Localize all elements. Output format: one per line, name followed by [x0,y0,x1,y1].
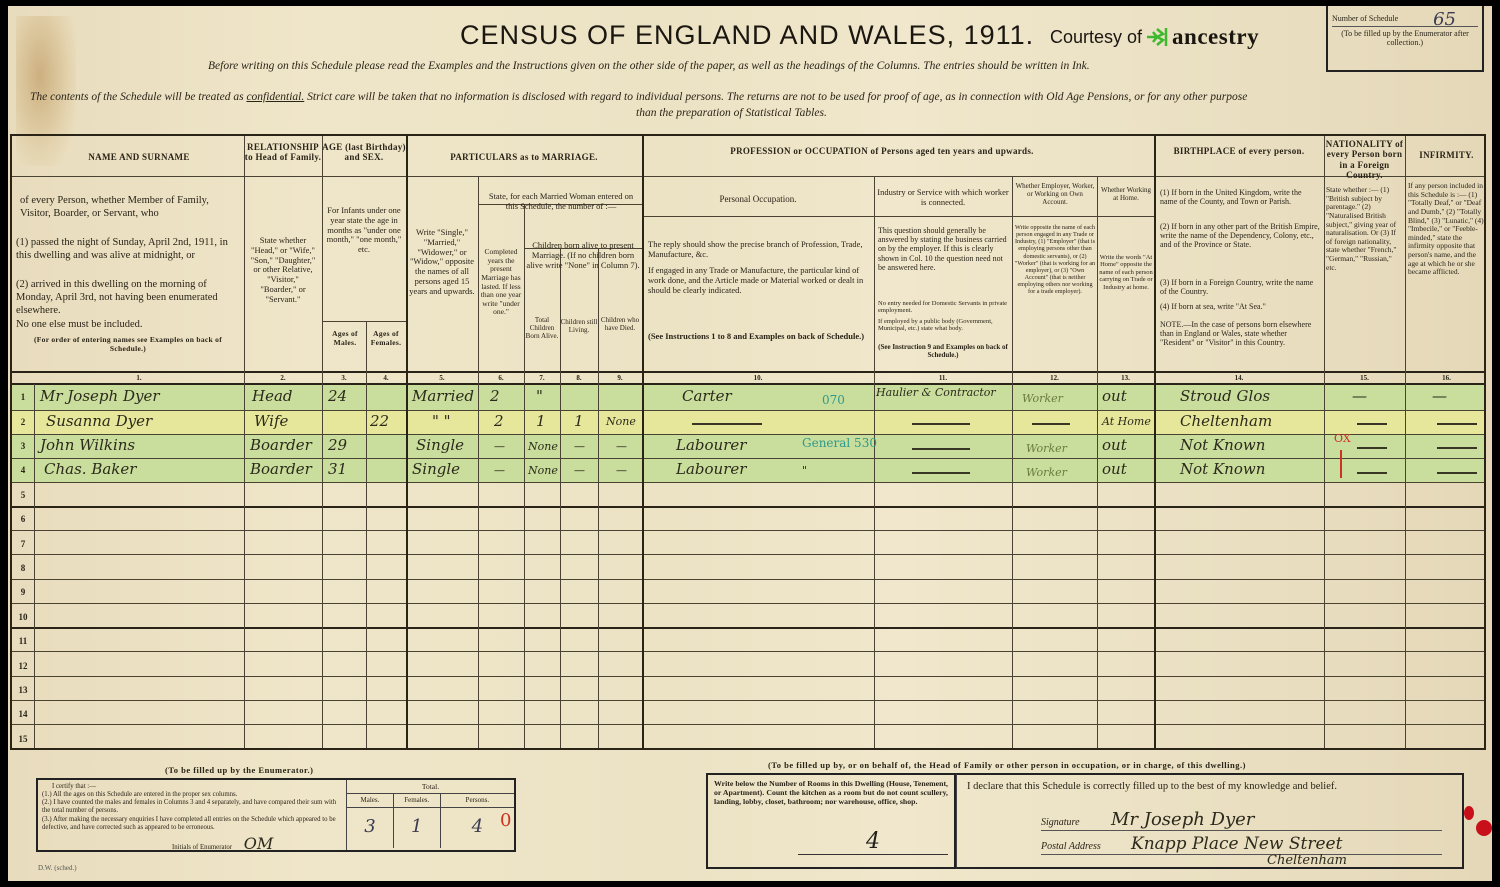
col-header-infirmity: INFIRMITY. [1405,150,1488,160]
row-line [12,603,1484,604]
schedule-number-label: Number of Schedule [1332,14,1478,23]
col-header-marriage: PARTICULARS as to MARRIAGE. [406,152,642,162]
col-line [1405,136,1406,748]
confidential-line: The contents of the Schedule will be tre… [30,91,1247,103]
enumerator-certificate-box: I certify that :— (1.) All the ages on t… [36,778,516,852]
cell-nationality: — [1352,387,1367,405]
row-number: 11 [12,636,34,646]
col-num-13: 13. [1097,374,1154,382]
children-died-label: Children who have Died. [598,316,642,332]
industry-desc-2: No entry needed for Domestic Servants in… [878,300,1008,315]
red-seal-mark [1476,820,1492,836]
cell-name: Mr Joseph Dyer [40,387,160,405]
cell-infirmity: — [1432,387,1447,405]
cell-occupation: Carter [682,387,732,405]
cell-children-living: 1 [574,412,584,430]
row-line [12,651,1484,652]
certify-item-2: (2.) I have counted the males and female… [42,799,342,815]
certify-item-1: (1.) All the ages on this Schedule are e… [42,791,342,799]
home-label: Whether Working at Home. [1098,186,1154,202]
cell-infirmity-dash [1437,423,1477,425]
row-line [12,434,1484,435]
birthplace-desc-5: NOTE.—In the case of persons born elsewh… [1160,320,1320,348]
cell-working-home: out [1102,436,1127,454]
row-number: 8 [12,563,34,573]
row-line [12,482,1484,483]
cell-working-home: out [1102,460,1127,478]
cell-nationality-dash [1357,472,1387,474]
row-number: 13 [12,685,34,695]
address-value-2: Cheltenham [1267,853,1347,868]
row-line [12,554,1484,555]
marriage-state-desc: State, for each Married Woman entered on… [482,192,640,212]
col-header-age: AGE (last Birthday) and SEX. [322,142,406,163]
enumerator-certify-text: I certify that :— (1.) All the ages on t… [42,783,342,853]
col-line [1324,136,1325,748]
age-desc: For Infants under one year state the age… [324,206,404,255]
row-line [12,676,1484,677]
personal-occupation-desc-3: (See Instructions 1 to 8 and Examples on… [648,332,870,342]
cell-industry-dash [912,472,970,474]
cell-name: Susanna Dyer [46,412,152,430]
row-line [12,410,1484,411]
cell-condition: Single [412,460,460,478]
col-num-7: 7. [524,374,560,382]
employer-desc: Write opposite the name of each person e… [1014,224,1096,295]
col-line [1154,136,1156,748]
rooms-instruction: Write below the Number of Rooms in this … [708,775,954,807]
col-line [874,176,875,748]
cell-industry-dash [912,448,970,450]
cell-employer: Worker [1026,442,1067,455]
cell-birthplace: Not Known [1180,460,1265,478]
address-label: Postal Address [1041,841,1101,852]
address-line: Postal Address Knapp Place New Street [1041,837,1442,855]
row-number: 1 [12,392,34,402]
enumerator-initials: OM [244,834,274,853]
cell-birthplace: Cheltenham [1180,412,1272,430]
cell-infirmity-dash [1437,472,1477,474]
cell-nationality-dash [1357,423,1387,425]
col-line [322,136,323,748]
initials-row: Initials of Enumerator OM [42,834,342,853]
birthplace-desc-2: (2) If born in any other part of the Bri… [1160,222,1320,250]
cell-age-male: 24 [328,387,347,405]
relationship-desc: State whether "Head," or "Wife," "Son," … [248,236,318,304]
col-num-12: 12. [1012,374,1097,382]
ancestry-leaf-icon [1145,26,1169,48]
cell-industry-dash [912,423,970,425]
cell-children-living: — [574,440,585,453]
cell-age-male: 31 [328,460,347,478]
cell-employer: Worker [1022,392,1063,405]
schedule-number-box: Number of Schedule 65 (To be filled up b… [1326,6,1484,72]
name-desc-1: of every Person, whether Member of Famil… [20,194,240,220]
row-number: 14 [12,709,34,719]
cell-relationship: Wife [254,412,288,430]
age-females-label: Ages of Females. [366,330,406,347]
marriage-children-desc: Children born alive to present Marriage.… [526,241,640,270]
col-num-11: 11. [874,374,1012,382]
col-num-15: 15. [1324,374,1405,382]
signature-line: Signature Mr Joseph Dyer [1041,809,1442,831]
nationality-desc: State whether :— (1) "British subject by… [1326,186,1404,272]
confidential-line-2: than the preparation of Statistical Tabl… [636,107,827,119]
page-title: CENSUS OF ENGLAND AND WALES, 1911. [460,20,1034,51]
col-num-14: 14. [1154,374,1324,382]
col-num-1: 1. [34,374,244,382]
col-num-4: 4. [366,374,406,382]
marriage-years-desc: Completed years the present Marriage has… [478,248,524,317]
cell-years-married: 2 [494,412,504,430]
courtesy-attribution: Courtesy of ancestry [1050,24,1259,50]
industry-label: Industry or Service with which worker is… [876,188,1010,208]
cell-working-home: out [1102,387,1127,405]
header-divider [12,176,1484,177]
occupier-heading: (To be filled up by, or on behalf of, th… [768,760,1246,770]
industry-desc-4: (See Instruction 9 and Examples on back … [878,343,1008,359]
cell-birthplace: Not Known [1180,436,1265,454]
ancestry-logo: ancestry [1172,24,1259,50]
cell-employer: Worker [1026,466,1067,479]
row-line [12,700,1484,701]
col-line [366,321,367,748]
cell-condition: " " [432,412,451,430]
row-number: 5 [12,490,34,500]
personal-occupation-desc-1: The reply should show the precise branch… [648,240,870,260]
row-line [12,627,1484,629]
birthplace-desc-4: (4) If born at sea, write "At Sea." [1160,302,1320,311]
red-annotation-ox: OX [1334,432,1351,445]
infirmity-desc: If any person included in this Schedule … [1408,182,1486,277]
declaration-box: I declare that this Schedule is correctl… [956,773,1464,869]
children-living-label: Children still Living. [560,318,598,334]
rooms-line: 4 [798,829,948,855]
col-num-16: 16. [1405,374,1488,382]
col-num-3: 3. [322,374,366,382]
cell-industry: Haulier & Contractor [876,386,996,399]
cell-children-died: None [606,415,636,428]
confidential-word: confidential. [246,91,304,103]
col-num-6: 6. [478,374,524,382]
red-annotation-line [1340,450,1342,478]
cell-name: John Wilkins [40,436,135,454]
census-table: NAME AND SURNAME RELATIONSHIP to Head of… [10,134,1486,750]
cell-children-living: — [574,464,585,477]
cell-birthplace: Stroud Glos [1180,387,1270,405]
total-label: Total. [347,780,514,794]
cell-total-children: 1 [536,412,546,430]
cell-total-children: None [528,440,558,453]
address-value-1: Knapp Place New Street [1131,834,1342,854]
row-line [12,530,1484,531]
age-males-label: Ages of Males. [324,330,366,347]
birthplace-desc-1: (1) If born in the United Kingdom, write… [1160,188,1320,206]
col-header-relationship: RELATIONSHIP to Head of Family. [244,142,322,163]
col-line [524,204,525,748]
age-sub-line [322,321,406,322]
signature-label: Signature [1041,817,1080,828]
name-desc-5: (For order of entering names see Example… [16,336,240,353]
total-females-value: 1 [394,808,441,848]
cell-total-children: " [536,387,543,405]
confidential-text-b: Strict care will be taken that no inform… [307,91,1247,103]
col-line [34,384,35,748]
name-desc-2: (1) passed the night of Sunday, April 2n… [16,236,240,262]
col-header-name: NAME AND SURNAME [34,152,244,162]
red-seal-mark [1464,806,1474,820]
row-number: 10 [12,612,34,622]
col-header-birthplace: BIRTHPLACE of every person. [1154,146,1324,156]
home-desc: Write the words "At Home" opposite the n… [1098,254,1154,291]
totals-box: Total. Males. Females. Persons. 3 1 4 [346,780,514,850]
schedule-number-value: 65 [1433,9,1456,30]
col-line [642,136,644,748]
cell-age-male: 29 [328,436,347,454]
females-label: Females. [394,794,441,807]
confidential-text-a: The contents of the Schedule will be tre… [30,91,244,103]
cell-occupation-dash [692,423,762,425]
col-num-8: 8. [560,374,598,382]
cell-occupation-code: 070 [822,393,845,407]
col-num-9: 9. [598,374,642,382]
col-header-nationality: NATIONALITY of every Person born in a Fo… [1324,139,1405,180]
cell-children-died: — [616,464,627,477]
row-number: 9 [12,587,34,597]
colnum-bottom-line [12,383,1484,385]
cell-total-children: None [528,464,558,477]
col-line [1012,176,1013,748]
employer-label: Whether Employer, Worker, or Working on … [1014,182,1096,206]
cell-condition: Married [412,387,474,405]
row-line [12,579,1484,580]
row-number: 2 [12,417,34,427]
red-annotation-zero: 0 [500,810,511,831]
industry-desc-3: If employed by a public body (Government… [878,318,1008,333]
signature-value: Mr Joseph Dyer [1111,809,1254,830]
row-number: 6 [12,514,34,524]
row-line [12,458,1484,459]
cell-occupation-ditto: " [802,464,807,477]
col-num-5: 5. [406,374,478,382]
industry-desc-1: This question should generally be answer… [878,226,1008,272]
cell-infirmity-dash [1437,447,1477,449]
certify-item-3: (3.) After making the necessary enquirie… [42,816,342,832]
certify-label: I certify that :— [42,783,342,791]
cell-occupation: Labourer [676,460,746,478]
personal-occupation-desc-2: If engaged in any Trade or Manufacture, … [648,266,870,295]
cell-employer-dash [1032,423,1070,425]
totals-values-row: 3 1 4 [347,808,514,848]
totals-header-row: Males. Females. Persons. [347,794,514,808]
cell-relationship: Head [252,387,293,405]
personal-occupation-label: Personal Occupation. [642,194,874,204]
persons-label: Persons. [441,794,514,807]
cell-occupation-code: General 530 [802,436,877,450]
profession-sub-line [642,216,1154,217]
rooms-value: 4 [866,829,880,854]
children-total-label: Total Children Born Alive. [524,316,560,340]
cell-years-married: — [494,440,505,453]
rooms-box: Write below the Number of Rooms in this … [706,773,956,869]
cell-relationship: Boarder [250,460,312,478]
instruction-line: Before writing on this Schedule please r… [208,60,1090,72]
name-desc-4: No one else must be included. [16,318,240,331]
cell-children-died: — [616,440,627,453]
col-num-2: 2. [244,374,322,382]
row-number: 15 [12,734,34,744]
row-number: 12 [12,661,34,671]
enumerator-heading: (To be filled up by the Enumerator.) [165,765,313,775]
col-line [244,136,245,748]
cell-occupation: Labourer [676,436,746,454]
printer-mark: D.W. (sched.) [38,864,77,872]
cell-nationality-dash [1357,447,1387,449]
cell-relationship: Boarder [250,436,312,454]
birthplace-desc-3: (3) If born in a Foreign Country, write … [1160,278,1320,296]
name-desc-3: (2) arrived in this dwelling on the morn… [16,278,240,317]
row-number: 7 [12,539,34,549]
col-header-profession: PROFESSION or OCCUPATION of Persons aged… [672,146,1092,156]
cell-working-home: At Home [1102,415,1151,428]
cell-name: Chas. Baker [44,460,136,478]
declaration-text: I declare that this Schedule is correctl… [957,775,1462,792]
marriage-condition-desc: Write "Single," "Married," "Widower," or… [408,228,476,296]
cell-condition: Single [416,436,464,454]
cell-age-female: 22 [370,412,389,430]
males-label: Males. [347,794,394,807]
row-number: 4 [12,465,34,475]
total-males-value: 3 [347,808,394,848]
col-num-10: 10. [642,374,874,382]
cell-years-married: — [494,464,505,477]
schedule-number-note: (To be filled up by the Enumerator after… [1332,26,1478,47]
initials-label: Initials of Enumerator [172,844,232,851]
courtesy-prefix: Courtesy of [1050,27,1142,48]
header-bottom-line [12,371,1484,373]
row-line [12,724,1484,725]
cell-years-married: 2 [490,387,500,405]
row-number: 3 [12,441,34,451]
row-line [12,506,1484,508]
